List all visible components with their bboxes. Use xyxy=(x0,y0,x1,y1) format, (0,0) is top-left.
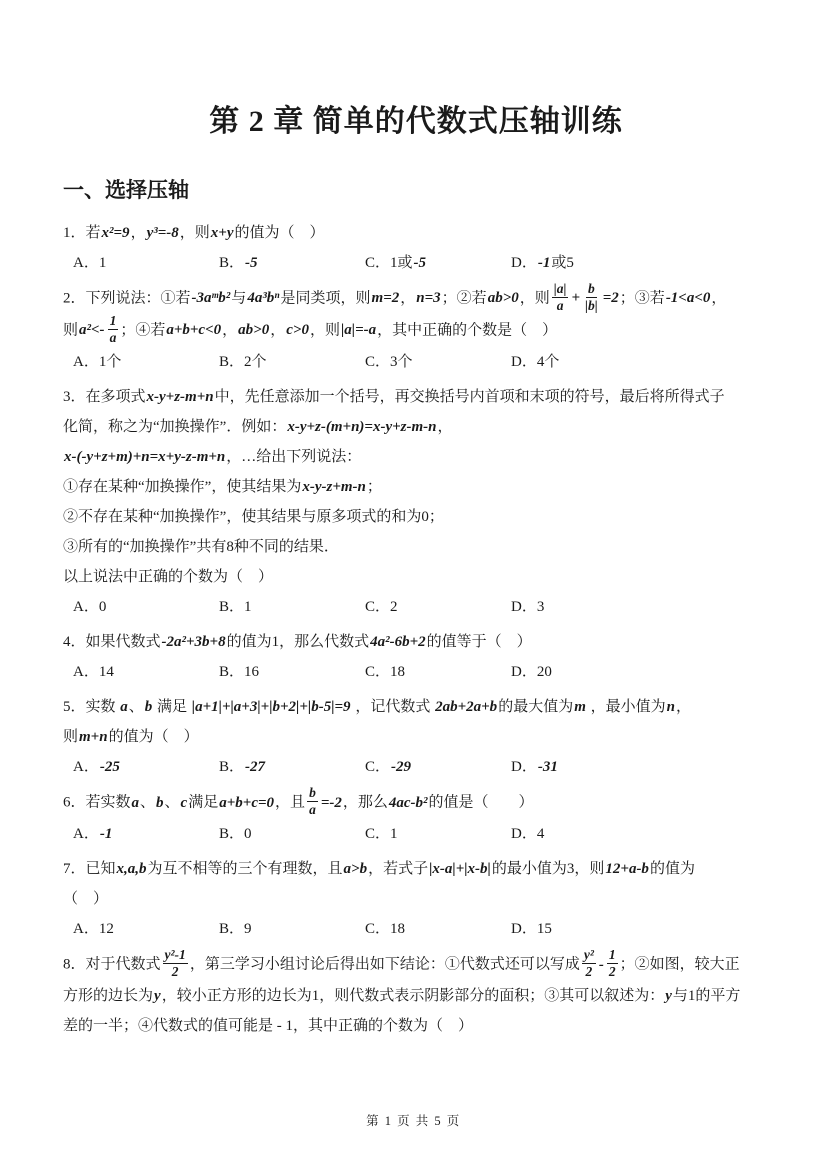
question-4-option-c: C．18 xyxy=(365,657,511,687)
question-2-text-line-1: 2．下列说法：①若-3aᵐb²与4a³bⁿ是同类项，则m=2，n=3；②若ab>… xyxy=(63,283,769,315)
question-3-option-d: D．3 xyxy=(511,592,769,622)
question-5-option-b: B．-27 xyxy=(219,752,365,782)
question-2-option-c: C．3个 xyxy=(365,347,511,377)
question-3-text-line-3: x-(-y+z+m)+n=x+y-z-m+n，…给出下列说法： xyxy=(63,442,769,472)
question-6-option-d: D．4 xyxy=(511,819,769,849)
question-5-option-d: D．-31 xyxy=(511,752,769,782)
question-7-option-a: A．12 xyxy=(73,914,219,944)
question-3-options: A．0 B．1 C．2 D．3 xyxy=(63,592,769,622)
question-2-option-d: D．4个 xyxy=(511,347,769,377)
question-4-text: 4．如果代数式-2a²+3b+8的值为1，那么代数式4a²-6b+2的值等于（ … xyxy=(63,627,769,657)
question-6-option-b: B．0 xyxy=(219,819,365,849)
question-3-option-c: C．2 xyxy=(365,592,511,622)
question-2-options: A．1个 B．2个 C．3个 D．4个 xyxy=(63,347,769,377)
question-3-option-b: B．1 xyxy=(219,592,365,622)
question-1-option-c: C．1或-5 xyxy=(365,248,511,278)
question-1: 1．若x²=9，y³=-8，则x+y的值为（ ） A．1 B．-5 C．1或-5… xyxy=(63,218,769,278)
question-1-text: 1．若x²=9，y³=-8，则x+y的值为（ ） xyxy=(63,218,769,248)
question-4-option-b: B．16 xyxy=(219,657,365,687)
question-2-option-b: B．2个 xyxy=(219,347,365,377)
question-5-text-line-1: 5．实数 a、b 满足 |a+1|+|a+3|+|b+2|+|b-5|=9 ，记… xyxy=(63,692,769,722)
question-5: 5．实数 a、b 满足 |a+1|+|a+3|+|b+2|+|b-5|=9 ，记… xyxy=(63,692,769,782)
question-7: 7．已知x,a,b为互不相等的三个有理数，且a>b，若式子|x-a|+|x-b|… xyxy=(63,854,769,944)
question-1-option-a: A．1 xyxy=(73,248,219,278)
question-4-options: A．14 B．16 C．18 D．20 xyxy=(63,657,769,687)
question-7-option-b: B．9 xyxy=(219,914,365,944)
question-8: 8．对于代数式y²-12，第三学习小组讨论后得出如下结论：①代数式还可以写成y²… xyxy=(63,949,769,1041)
question-7-option-c: C．18 xyxy=(365,914,511,944)
question-4-option-d: D．20 xyxy=(511,657,769,687)
question-6-option-a: A．-1 xyxy=(73,819,219,849)
question-1-option-b: B．-5 xyxy=(219,248,365,278)
question-3-statement-2: ②不存在某种“加换操作”，使其结果与原多项式的和为0； xyxy=(63,502,769,532)
question-6-option-c: C．1 xyxy=(365,819,511,849)
page-title: 第 2 章 简单的代数式压轴训练 xyxy=(63,96,769,140)
question-3-text-line-1: 3．在多项式x-y+z-m+n中，先任意添加一个括号，再交换括号内首项和末项的符… xyxy=(63,382,769,412)
question-7-options: A．12 B．9 C．18 D．15 xyxy=(63,914,769,944)
question-5-option-a: A．-25 xyxy=(73,752,219,782)
question-3: 3．在多项式x-y+z-m+n中，先任意添加一个括号，再交换括号内首项和末项的符… xyxy=(63,382,769,622)
question-8-text-line-1: 8．对于代数式y²-12，第三学习小组讨论后得出如下结论：①代数式还可以写成y²… xyxy=(63,949,769,981)
question-6: 6．若实数a、b、c满足a+b+c=0，且ba=-2，那么4ac-b²的值是（ … xyxy=(63,787,769,849)
question-2: 2．下列说法：①若-3aᵐb²与4a³bⁿ是同类项，则m=2，n=3；②若ab>… xyxy=(63,283,769,377)
page-number: 第 1 页 共 5 页 xyxy=(0,1111,827,1129)
question-6-text: 6．若实数a、b、c满足a+b+c=0，且ba=-2，那么4ac-b²的值是（ … xyxy=(63,787,769,819)
question-3-text-line-4: 以上说法中正确的个数为（ ） xyxy=(63,562,769,592)
question-8-text-line-3: 差的一半；④代数式的值可能是 - 1，其中正确的个数为（ ） xyxy=(63,1011,769,1041)
question-6-options: A．-1 B．0 C．1 D．4 xyxy=(63,819,769,849)
question-3-option-a: A．0 xyxy=(73,592,219,622)
question-2-option-a: A．1个 xyxy=(73,347,219,377)
question-4: 4．如果代数式-2a²+3b+8的值为1，那么代数式4a²-6b+2的值等于（ … xyxy=(63,627,769,687)
section-heading: 一、选择压轴 xyxy=(63,174,769,204)
question-4-option-a: A．14 xyxy=(73,657,219,687)
worksheet-page: 第 2 章 简单的代数式压轴训练 一、选择压轴 1．若x²=9，y³=-8，则x… xyxy=(0,0,827,1041)
question-7-text-line-1: 7．已知x,a,b为互不相等的三个有理数，且a>b，若式子|x-a|+|x-b|… xyxy=(63,854,769,884)
question-1-options: A．1 B．-5 C．1或-5 D．-1或5 xyxy=(63,248,769,278)
question-3-text-line-2: 化简，称之为“加换操作”．例如：x-y+z-(m+n)=x-y+z-m-n， xyxy=(63,412,769,442)
question-3-statement-1: ①存在某种“加换操作”，使其结果为x-y-z+m-n； xyxy=(63,472,769,502)
question-5-options: A．-25 B．-27 C．-29 D．-31 xyxy=(63,752,769,782)
question-8-text-line-2: 方形的边长为y，较小正方形的边长为1，则代数式表示阴影部分的面积；③其可以叙述为… xyxy=(63,981,769,1011)
question-7-text-line-2: （ ） xyxy=(63,884,769,914)
question-5-text-line-2: 则m+n的值为（ ） xyxy=(63,722,769,752)
question-3-statement-3: ③所有的“加换操作”共有8种不同的结果． xyxy=(63,532,769,562)
question-5-option-c: C．-29 xyxy=(365,752,511,782)
question-1-option-d: D．-1或5 xyxy=(511,248,769,278)
question-7-option-d: D．15 xyxy=(511,914,769,944)
question-2-text-line-2: 则a²<-1a；④若a+b+c<0，ab>0，c>0，则|a|=-a，其中正确的… xyxy=(63,315,769,347)
